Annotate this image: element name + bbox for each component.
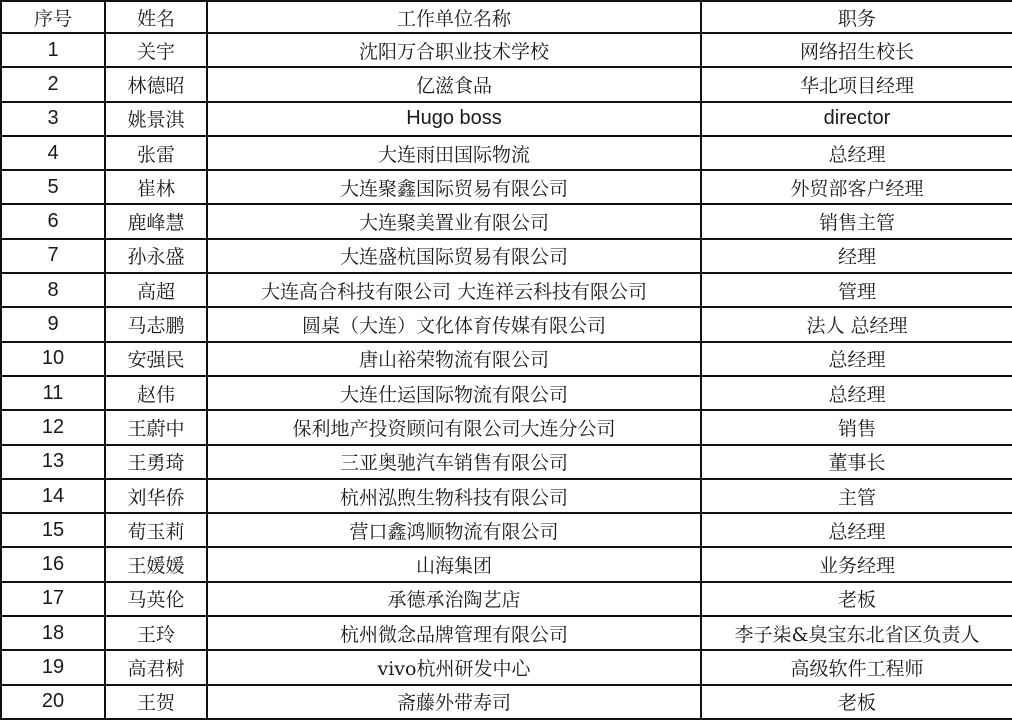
table-row: 3姚景淇Hugo bossdirector — [1, 102, 1012, 136]
cell-name: 张雷 — [105, 136, 207, 170]
cell-no: 2 — [1, 67, 105, 101]
cell-title: 老板 — [701, 685, 1012, 719]
cell-no: 9 — [1, 307, 105, 341]
cell-name: 王蔚中 — [105, 410, 207, 444]
cell-company: 保利地产投资顾问有限公司大连分公司 — [207, 410, 701, 444]
cell-company: 大连聚美置业有限公司 — [207, 204, 701, 238]
table-row: 9马志鹏圆桌（大连）文化体育传媒有限公司法人 总经理 — [1, 307, 1012, 341]
table-row: 14刘华侨杭州泓煦生物科技有限公司主管 — [1, 479, 1012, 513]
cell-no: 12 — [1, 410, 105, 444]
cell-no: 17 — [1, 582, 105, 616]
cell-company: 杭州微念品牌管理有限公司 — [207, 616, 701, 650]
table-row: 1关宇沈阳万合职业技术学校网络招生校长 — [1, 33, 1012, 67]
cell-title: 老板 — [701, 582, 1012, 616]
cell-title: 业务经理 — [701, 547, 1012, 581]
cell-name: 马志鹏 — [105, 307, 207, 341]
cell-company: 大连雨田国际物流 — [207, 136, 701, 170]
cell-no: 1 — [1, 33, 105, 67]
cell-name: 崔林 — [105, 170, 207, 204]
cell-no: 20 — [1, 685, 105, 719]
table-row: 16王媛媛山海集团业务经理 — [1, 547, 1012, 581]
roster-table: 序号 姓名 工作单位名称 职务 1关宇沈阳万合职业技术学校网络招生校长 2林德昭… — [0, 0, 1012, 720]
cell-name: 孙永盛 — [105, 239, 207, 273]
header-name: 姓名 — [105, 1, 207, 33]
table-row: 6鹿峰慧大连聚美置业有限公司销售主管 — [1, 204, 1012, 238]
cell-company: vivo杭州研发中心 — [207, 650, 701, 684]
cell-company: 大连盛杭国际贸易有限公司 — [207, 239, 701, 273]
table-row: 12王蔚中保利地产投资顾问有限公司大连分公司销售 — [1, 410, 1012, 444]
table-row: 20王贺斋藤外带寿司老板 — [1, 685, 1012, 719]
cell-title: 销售主管 — [701, 204, 1012, 238]
cell-no: 8 — [1, 273, 105, 307]
cell-no: 15 — [1, 513, 105, 547]
cell-no: 18 — [1, 616, 105, 650]
table-row: 17马英伦承德承治陶艺店老板 — [1, 582, 1012, 616]
cell-title: 外贸部客户经理 — [701, 170, 1012, 204]
cell-company: 唐山裕荣物流有限公司 — [207, 342, 701, 376]
cell-company: 沈阳万合职业技术学校 — [207, 33, 701, 67]
cell-name: 荀玉莉 — [105, 513, 207, 547]
cell-no: 5 — [1, 170, 105, 204]
cell-no: 6 — [1, 204, 105, 238]
table-row: 5崔林大连聚鑫国际贸易有限公司外贸部客户经理 — [1, 170, 1012, 204]
table-row: 11赵伟大连仕运国际物流有限公司总经理 — [1, 376, 1012, 410]
cell-name: 马英伦 — [105, 582, 207, 616]
cell-company: 营口鑫鸿顺物流有限公司 — [207, 513, 701, 547]
cell-no: 14 — [1, 479, 105, 513]
cell-name: 王贺 — [105, 685, 207, 719]
cell-name: 姚景淇 — [105, 102, 207, 136]
cell-title: 高级软件工程师 — [701, 650, 1012, 684]
cell-no: 3 — [1, 102, 105, 136]
cell-company: Hugo boss — [207, 102, 701, 136]
cell-no: 13 — [1, 445, 105, 479]
cell-name: 高君树 — [105, 650, 207, 684]
cell-company: 山海集团 — [207, 547, 701, 581]
cell-title: 主管 — [701, 479, 1012, 513]
table-row: 10安强民唐山裕荣物流有限公司总经理 — [1, 342, 1012, 376]
cell-no: 19 — [1, 650, 105, 684]
table-row: 4张雷大连雨田国际物流总经理 — [1, 136, 1012, 170]
cell-title: director — [701, 102, 1012, 136]
header-title: 职务 — [701, 1, 1012, 33]
cell-title: 管理 — [701, 273, 1012, 307]
cell-company: 斋藤外带寿司 — [207, 685, 701, 719]
table-row: 8高超大连高合科技有限公司 大连祥云科技有限公司管理 — [1, 273, 1012, 307]
table-row: 13王勇琦三亚奥驰汽车销售有限公司董事长 — [1, 445, 1012, 479]
cell-no: 11 — [1, 376, 105, 410]
cell-name: 鹿峰慧 — [105, 204, 207, 238]
cell-title: 法人 总经理 — [701, 307, 1012, 341]
cell-no: 7 — [1, 239, 105, 273]
cell-title: 经理 — [701, 239, 1012, 273]
cell-title: 总经理 — [701, 342, 1012, 376]
cell-name: 王媛媛 — [105, 547, 207, 581]
cell-title: 总经理 — [701, 376, 1012, 410]
cell-title: 华北项目经理 — [701, 67, 1012, 101]
table-row: 15荀玉莉营口鑫鸿顺物流有限公司总经理 — [1, 513, 1012, 547]
cell-name: 林德昭 — [105, 67, 207, 101]
header-company: 工作单位名称 — [207, 1, 701, 33]
table-row: 7孙永盛大连盛杭国际贸易有限公司经理 — [1, 239, 1012, 273]
header-row: 序号 姓名 工作单位名称 职务 — [1, 1, 1012, 33]
cell-title: 李子柒&臭宝东北省区负责人 — [701, 616, 1012, 650]
cell-title: 总经理 — [701, 513, 1012, 547]
cell-title: 网络招生校长 — [701, 33, 1012, 67]
table-row: 18王玲杭州微念品牌管理有限公司李子柒&臭宝东北省区负责人 — [1, 616, 1012, 650]
cell-no: 16 — [1, 547, 105, 581]
cell-company: 大连高合科技有限公司 大连祥云科技有限公司 — [207, 273, 701, 307]
cell-name: 刘华侨 — [105, 479, 207, 513]
cell-title: 董事长 — [701, 445, 1012, 479]
cell-no: 10 — [1, 342, 105, 376]
cell-name: 王勇琦 — [105, 445, 207, 479]
cell-company: 三亚奥驰汽车销售有限公司 — [207, 445, 701, 479]
table-row: 19高君树vivo杭州研发中心高级软件工程师 — [1, 650, 1012, 684]
cell-company: 杭州泓煦生物科技有限公司 — [207, 479, 701, 513]
table-body: 1关宇沈阳万合职业技术学校网络招生校长 2林德昭亿滋食品华北项目经理 3姚景淇H… — [1, 33, 1012, 719]
cell-title: 总经理 — [701, 136, 1012, 170]
cell-company: 亿滋食品 — [207, 67, 701, 101]
header-no: 序号 — [1, 1, 105, 33]
cell-name: 安强民 — [105, 342, 207, 376]
cell-no: 4 — [1, 136, 105, 170]
cell-name: 赵伟 — [105, 376, 207, 410]
cell-name: 王玲 — [105, 616, 207, 650]
cell-title: 销售 — [701, 410, 1012, 444]
cell-name: 高超 — [105, 273, 207, 307]
cell-company: 大连聚鑫国际贸易有限公司 — [207, 170, 701, 204]
cell-company: 大连仕运国际物流有限公司 — [207, 376, 701, 410]
cell-company: 承德承治陶艺店 — [207, 582, 701, 616]
cell-company: 圆桌（大连）文化体育传媒有限公司 — [207, 307, 701, 341]
table-row: 2林德昭亿滋食品华北项目经理 — [1, 67, 1012, 101]
cell-name: 关宇 — [105, 33, 207, 67]
